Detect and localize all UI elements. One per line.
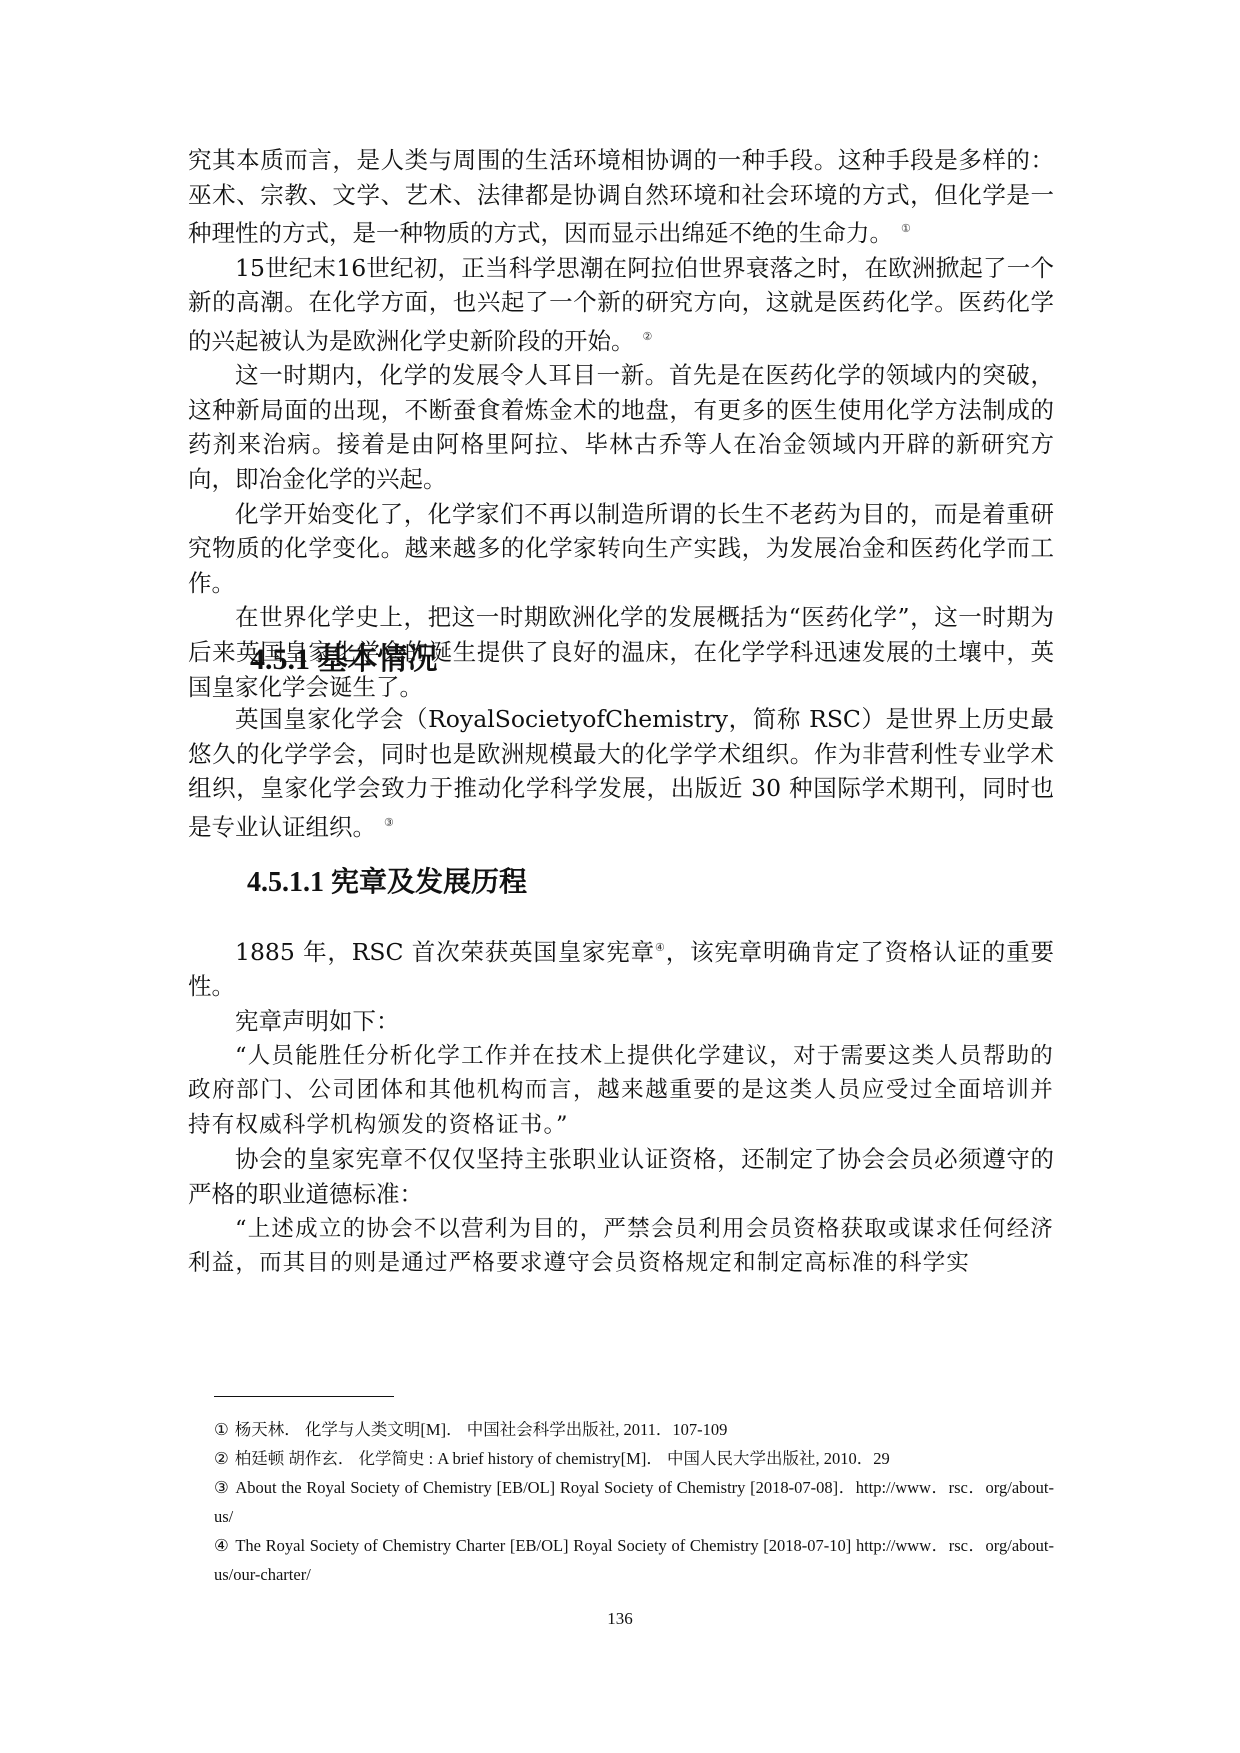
footnote-2: ②柏廷顿 胡作玄． 化学简史 : A brief history of chem… [214, 1444, 1054, 1473]
section-4-5-1-body: 英国皇家化学会（RoyalSocietyofChemistry，简称 RSC）是… [188, 702, 1054, 844]
paragraph-charter-statement: 宪章声明如下： [188, 1004, 1054, 1039]
paragraph-text: 究其本质而言，是人类与周围的生活环境相协调的一种手段。这种手段是多样的：巫术、宗… [188, 146, 1054, 247]
section-heading-4-5-1: 4.5.1 基本情况 [250, 634, 438, 678]
section-4-5-1-1-body: 1885 年，RSC 首次荣获英国皇家宪章④，该宪章明确肯定了资格认证的重要性。… [188, 931, 1054, 1281]
paragraph-ethics: 协会的皇家宪章不仅仅坚持主张职业认证资格，还制定了协会会员必须遵守的严格的职业道… [188, 1142, 1054, 1211]
paragraph-text: 英国皇家化学会（RoyalSocietyofChemistry，简称 RSC）是… [188, 705, 1054, 841]
footnote-1: ①杨天林． 化学与人类文明[M]． 中国社会科学出版社, 2011．107-10… [214, 1415, 1054, 1444]
paragraph-continuation: 究其本质而言，是人类与周围的生活环境相协调的一种手段。这种手段是多样的：巫术、宗… [188, 143, 1054, 251]
footnotes: ①杨天林． 化学与人类文明[M]． 中国社会科学出版社, 2011．107-10… [214, 1415, 1054, 1589]
paragraph-chemistry-change: 化学开始变化了，化学家们不再以制造所谓的长生不老药为目的，而是着重研究物质的化学… [188, 497, 1054, 601]
quote-charter-1: “人员能胜任分析化学工作并在技术上提供化学建议，对于需要这类人员帮助的政府部门、… [188, 1039, 1054, 1143]
footnote-text: About the Royal Society of Chemistry [EB… [214, 1478, 1054, 1526]
footnote-ref-1[interactable]: ① [901, 222, 911, 235]
paragraph-text: 1885 年，RSC 首次荣获英国皇家宪章 [235, 938, 655, 966]
page-number: 136 [0, 1609, 1240, 1629]
paragraph-15th-century: 15世纪末16世纪初，正当科学思潮在阿拉伯世界衰落之时，在欧洲掀起了一个新的高潮… [188, 251, 1054, 359]
quote-charter-2: “上述成立的协会不以营利为目的，严禁会员利用会员资格获取或谋求任何经济利益，而其… [188, 1212, 1054, 1281]
footnote-ref-4[interactable]: ④ [655, 941, 666, 954]
footnote-text: 柏廷顿 胡作玄． 化学简史 : A brief history of chemi… [235, 1449, 890, 1468]
footnote-ref-3[interactable]: ③ [384, 816, 394, 829]
footnote-number: ④ [214, 1536, 229, 1555]
footnote-4: ④The Royal Society of Chemistry Charter … [214, 1531, 1054, 1589]
paragraph-1885-charter: 1885 年，RSC 首次荣获英国皇家宪章④，该宪章明确肯定了资格认证的重要性。 [188, 931, 1054, 1004]
footnote-text: The Royal Society of Chemistry Charter [… [214, 1536, 1054, 1584]
footnote-text: 杨天林． 化学与人类文明[M]． 中国社会科学出版社, 2011．107-109 [235, 1420, 728, 1439]
footnote-divider [214, 1396, 394, 1397]
intro-section: 究其本质而言，是人类与周围的生活环境相协调的一种手段。这种手段是多样的：巫术、宗… [188, 143, 1054, 704]
paragraph-text: 15世纪末16世纪初，正当科学思潮在阿拉伯世界衰落之时，在欧洲掀起了一个新的高潮… [188, 254, 1054, 355]
paragraph-period-development: 这一时期内，化学的发展令人耳目一新。首先是在医药化学的领域内的突破，这种新局面的… [188, 358, 1054, 496]
section-heading-4-5-1-1: 4.5.1.1 宪章及发展历程 [247, 860, 527, 900]
paragraph-rsc-intro: 英国皇家化学会（RoyalSocietyofChemistry，简称 RSC）是… [188, 702, 1054, 844]
footnote-3: ③About the Royal Society of Chemistry [E… [214, 1473, 1054, 1531]
footnote-number: ② [214, 1449, 229, 1468]
footnote-number: ③ [214, 1478, 229, 1497]
footnote-ref-2[interactable]: ② [643, 330, 653, 343]
footnote-number: ① [214, 1420, 229, 1439]
